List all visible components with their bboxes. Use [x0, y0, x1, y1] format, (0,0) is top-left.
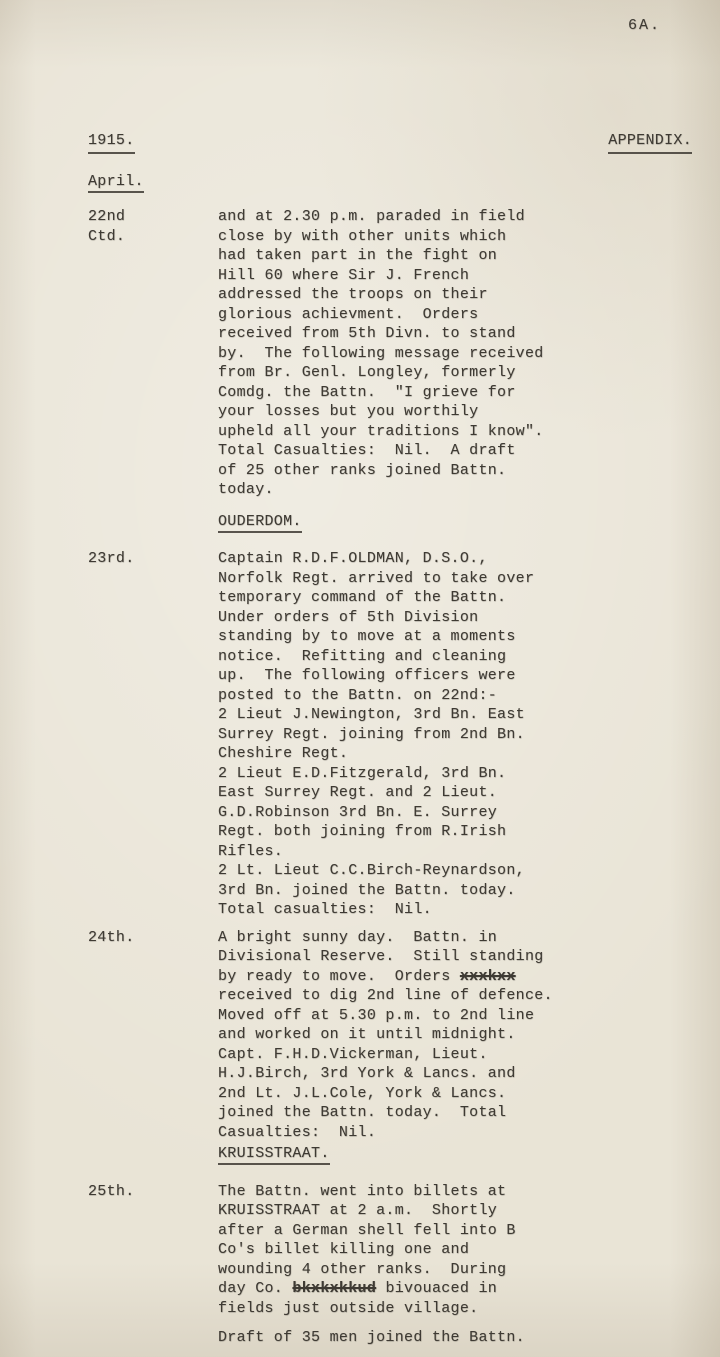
- entry-date: 23rd.: [88, 549, 218, 569]
- body-extra-line: Draft of 35 men joined the Battn.: [218, 1328, 678, 1348]
- body-text-post: received to dig 2nd line of defence. Mov…: [218, 987, 553, 1141]
- struck-text: xxxkxx: [460, 968, 516, 985]
- entry-body: The Battn. went into billets at KRUISSTR…: [218, 1182, 678, 1348]
- entry-date: 24th.: [88, 928, 218, 948]
- location-heading-ouderdom: OUDERDOM.: [218, 512, 688, 532]
- entry-date: 25th.: [88, 1182, 218, 1202]
- war-diary-page: 6A. 1915. APPENDIX. April. 22nd Ctd. and…: [0, 0, 720, 1357]
- month-heading: April.: [88, 172, 144, 192]
- entry-date: 22nd Ctd.: [88, 207, 218, 246]
- diary-entry-24th: 24th. A bright sunny day. Battn. in Divi…: [88, 928, 688, 1143]
- appendix-heading: APPENDIX.: [608, 131, 692, 154]
- diary-entry-22nd: 22nd Ctd. and at 2.30 p.m. paraded in fi…: [88, 207, 688, 500]
- diary-entry-23rd: 23rd. Captain R.D.F.OLDMAN, D.S.O., Norf…: [88, 549, 688, 920]
- entry-body: and at 2.30 p.m. paraded in field close …: [218, 207, 678, 500]
- entry-body: A bright sunny day. Battn. in Divisional…: [218, 928, 678, 1143]
- struck-text: bkxkxkkud: [292, 1280, 376, 1297]
- diary-entry-25th: 25th. The Battn. went into billets at KR…: [88, 1182, 688, 1348]
- page-number: 6A.: [628, 16, 661, 36]
- location-heading-kruisstraat: KRUISSTRAAT.: [218, 1144, 688, 1164]
- entry-body: Captain R.D.F.OLDMAN, D.S.O., Norfolk Re…: [218, 549, 678, 920]
- year-heading: 1915.: [88, 131, 135, 154]
- page-header: 1915. APPENDIX.: [88, 131, 692, 154]
- diary-entries: 22nd Ctd. and at 2.30 p.m. paraded in fi…: [88, 207, 688, 1348]
